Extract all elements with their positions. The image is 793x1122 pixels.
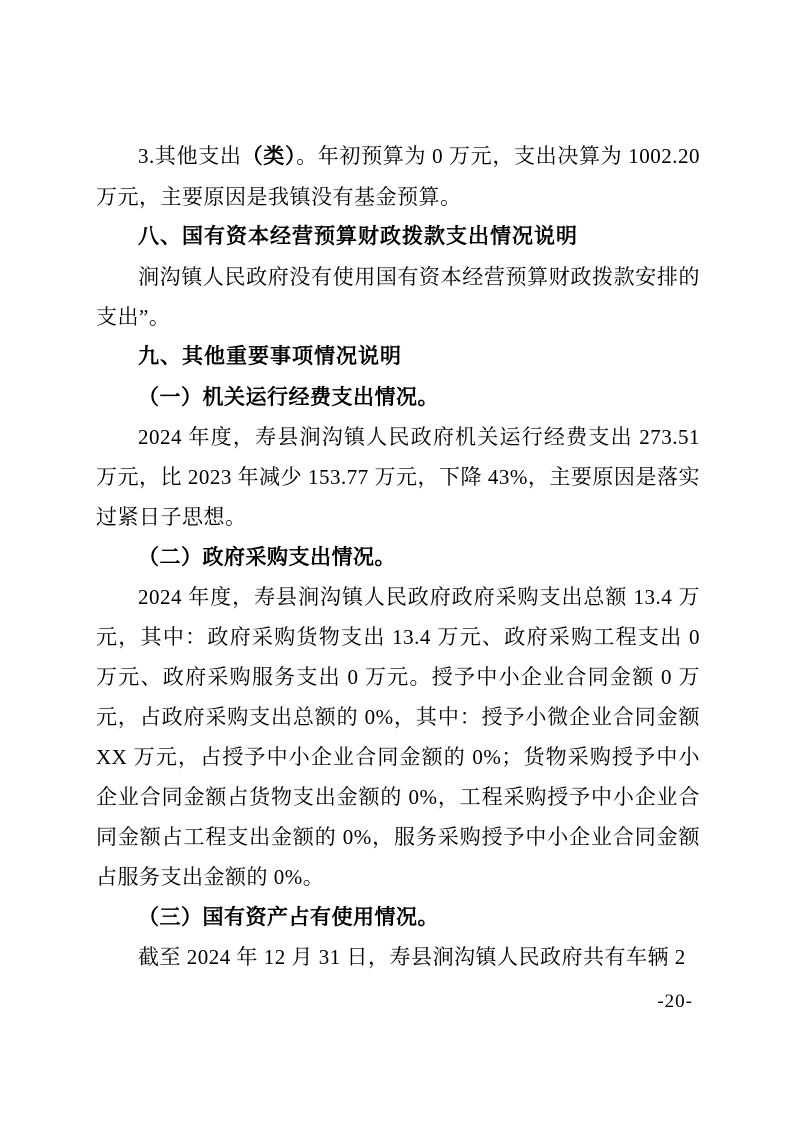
category-label: （类） [242,145,297,168]
document-body: 3.其他支出（类）。年初预算为 0 万元，支出决算为 1002.20 万元，主要… [96,136,700,977]
paragraph-section-8-body: 涧沟镇人民政府没有使用国有资本经营预算财政拨款安排的支出”。 [96,257,700,337]
heading-section-9-other-important-matters: 九、其他重要事项情况说明 [96,337,700,377]
heading-item-2-government-procurement: （二）政府采购支出情况。 [96,537,700,577]
paragraph-text: 3.其他支出 [138,144,242,168]
heading-item-1-operating-expenses: （一）机关运行经费支出情况。 [96,377,700,417]
paragraph-item-1-body: 2024 年度，寿县涧沟镇人民政府机关运行经费支出 273.51 万元，比 20… [96,417,700,537]
heading-item-3-state-assets: （三）国有资产占有使用情况。 [96,897,700,937]
document-page: 3.其他支出（类）。年初预算为 0 万元，支出决算为 1002.20 万元，主要… [0,0,793,1122]
paragraph-item-3-body: 截至 2024 年 12 月 31 日，寿县涧沟镇人民政府共有车辆 2 [96,937,700,977]
page-number: -20- [657,990,693,1014]
heading-section-8-state-capital-budget: 八、国有资本经营预算财政拨款支出情况说明 [96,217,700,257]
paragraph-item-2-body: 2024 年度，寿县涧沟镇人民政府政府采购支出总额 13.4 万元，其中：政府采… [96,577,700,897]
paragraph-other-expenditure: 3.其他支出（类）。年初预算为 0 万元，支出决算为 1002.20 万元，主要… [96,136,700,217]
